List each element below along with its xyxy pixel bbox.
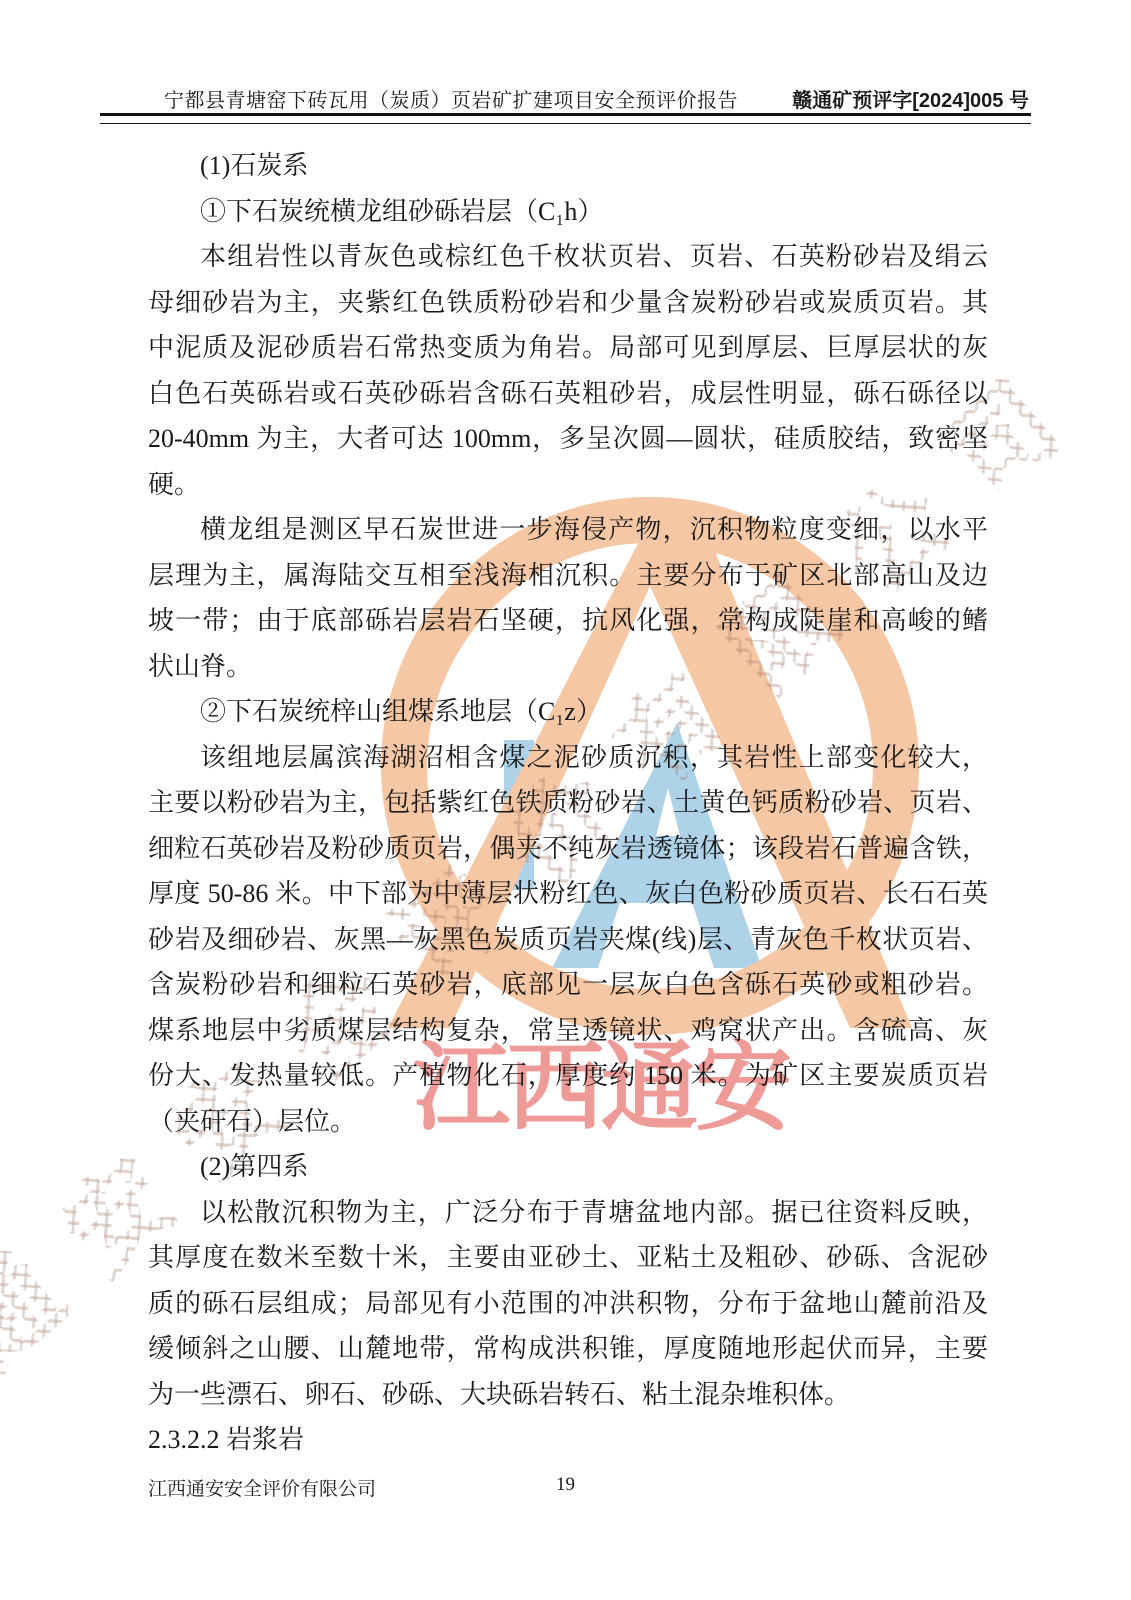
body-line: 缓倾斜之山腰、山麓地带，常构成洪积锥，厚度随地形起伏而异，主要	[148, 1326, 988, 1372]
body-line: 砂岩及细砂岩、灰黑—灰黑色炭质页岩夹煤(线)层、青灰色千枚状页岩、	[148, 917, 988, 963]
body-line: 含炭粉砂岩和细粒石英砂岩，底部见一层灰白色含砾石英砂或粗砂岩。	[148, 962, 988, 1008]
body-line: 份大、发热量较低。产植物化石，厚度约 150 米。为矿区主要炭质页岩	[148, 1053, 988, 1099]
body-line: 硬。	[148, 462, 988, 508]
header-rule	[100, 113, 1031, 124]
body-line: 母细砂岩为主，夹紫红色铁质粉砂岩和少量含炭粉砂岩或炭质页岩。其	[148, 280, 988, 326]
footer-page-number: 19	[556, 1474, 575, 1496]
page-header: 宁都县青塘窑下砖瓦用（炭质）页岩矿扩建项目安全预评价报告 赣通矿预评字[2024…	[100, 84, 1031, 113]
body-line: 细粒石英砂岩及粉砂质页岩，偶夹不纯灰岩透镜体；该段岩石普遍含铁，	[148, 826, 988, 872]
body-text: (1)石炭系①下石炭统横龙组砂砾岩层（C₁h）本组岩性以青灰色或棕红色千枚状页岩…	[148, 143, 988, 1463]
body-line: 质的砾石层组成；局部见有小范围的冲洪积物，分布于盆地山麓前沿及	[148, 1281, 988, 1327]
body-line: 中泥质及泥砂质岩石常热变质为角岩。局部可见到厚层、巨厚层状的灰	[148, 325, 988, 371]
body-line: 厚度 50-86 米。中下部为中薄层状粉红色、灰白色粉砂质页岩、长石石英	[148, 871, 988, 917]
body-line: ②下石炭统梓山组煤系地层（C₁z）	[148, 689, 988, 735]
body-line: 坡一带；由于底部砾岩层岩石坚硬，抗风化强，常构成陡崖和高峻的鳍	[148, 598, 988, 644]
body-line: 其厚度在数米至数十米，主要由亚砂土、亚粘土及粗砂、砂砾、含泥砂	[148, 1235, 988, 1281]
body-line: 层理为主，属海陆交互相至浅海相沉积。主要分布于矿区北部高山及边	[148, 553, 988, 599]
body-line: 20-40mm 为主，大者可达 100mm，多呈次圆—圆状，硅质胶结，致密坚	[148, 416, 988, 462]
body-line: （夹矸石）层位。	[148, 1099, 988, 1145]
body-line: 2.3.2.2 岩浆岩	[148, 1417, 988, 1463]
document-page: 江西通安安全评价有限公司 江西通安 宁都县青塘窑下砖瓦用（炭质）页岩矿扩建项目安…	[0, 0, 1131, 1600]
body-line: 横龙组是测区早石炭世进一步海侵产物，沉积物粒度变细，以水平	[148, 507, 988, 553]
footer-company-name: 江西通安安全评价有限公司	[148, 1474, 376, 1501]
header-report-title: 宁都县青塘窑下砖瓦用（炭质）页岩矿扩建项目安全预评价报告	[100, 84, 738, 113]
body-line: (2)第四系	[148, 1144, 988, 1190]
body-line: (1)石炭系	[148, 143, 988, 189]
body-line: 为一些漂石、卵石、砂砾、大块砾岩转石、粘土混杂堆积体。	[148, 1372, 988, 1418]
body-line: 状山脊。	[148, 644, 988, 690]
body-line: 白色石英砾岩或石英砂砾岩含砾石英粗砂岩，成层性明显，砾石砾径以	[148, 371, 988, 417]
body-line: ①下石炭统横龙组砂砾岩层（C₁h）	[148, 189, 988, 235]
body-line: 该组地层属滨海湖沼相含煤之泥砂质沉积，其岩性上部变化较大，	[148, 735, 988, 781]
body-line: 本组岩性以青灰色或棕红色千枚状页岩、页岩、石英粉砂岩及绢云	[148, 234, 988, 280]
body-line: 主要以粉砂岩为主，包括紫红色铁质粉砂岩、土黄色钙质粉砂岩、页岩、	[148, 780, 988, 826]
body-line: 以松散沉积物为主，广泛分布于青塘盆地内部。据已往资料反映，	[148, 1190, 988, 1236]
body-line: 煤系地层中劣质煤层结构复杂，常呈透镜状、鸡窝状产出。含硫高、灰	[148, 1008, 988, 1054]
header-document-number: 赣通矿预评字[2024]005 号	[792, 84, 1031, 113]
